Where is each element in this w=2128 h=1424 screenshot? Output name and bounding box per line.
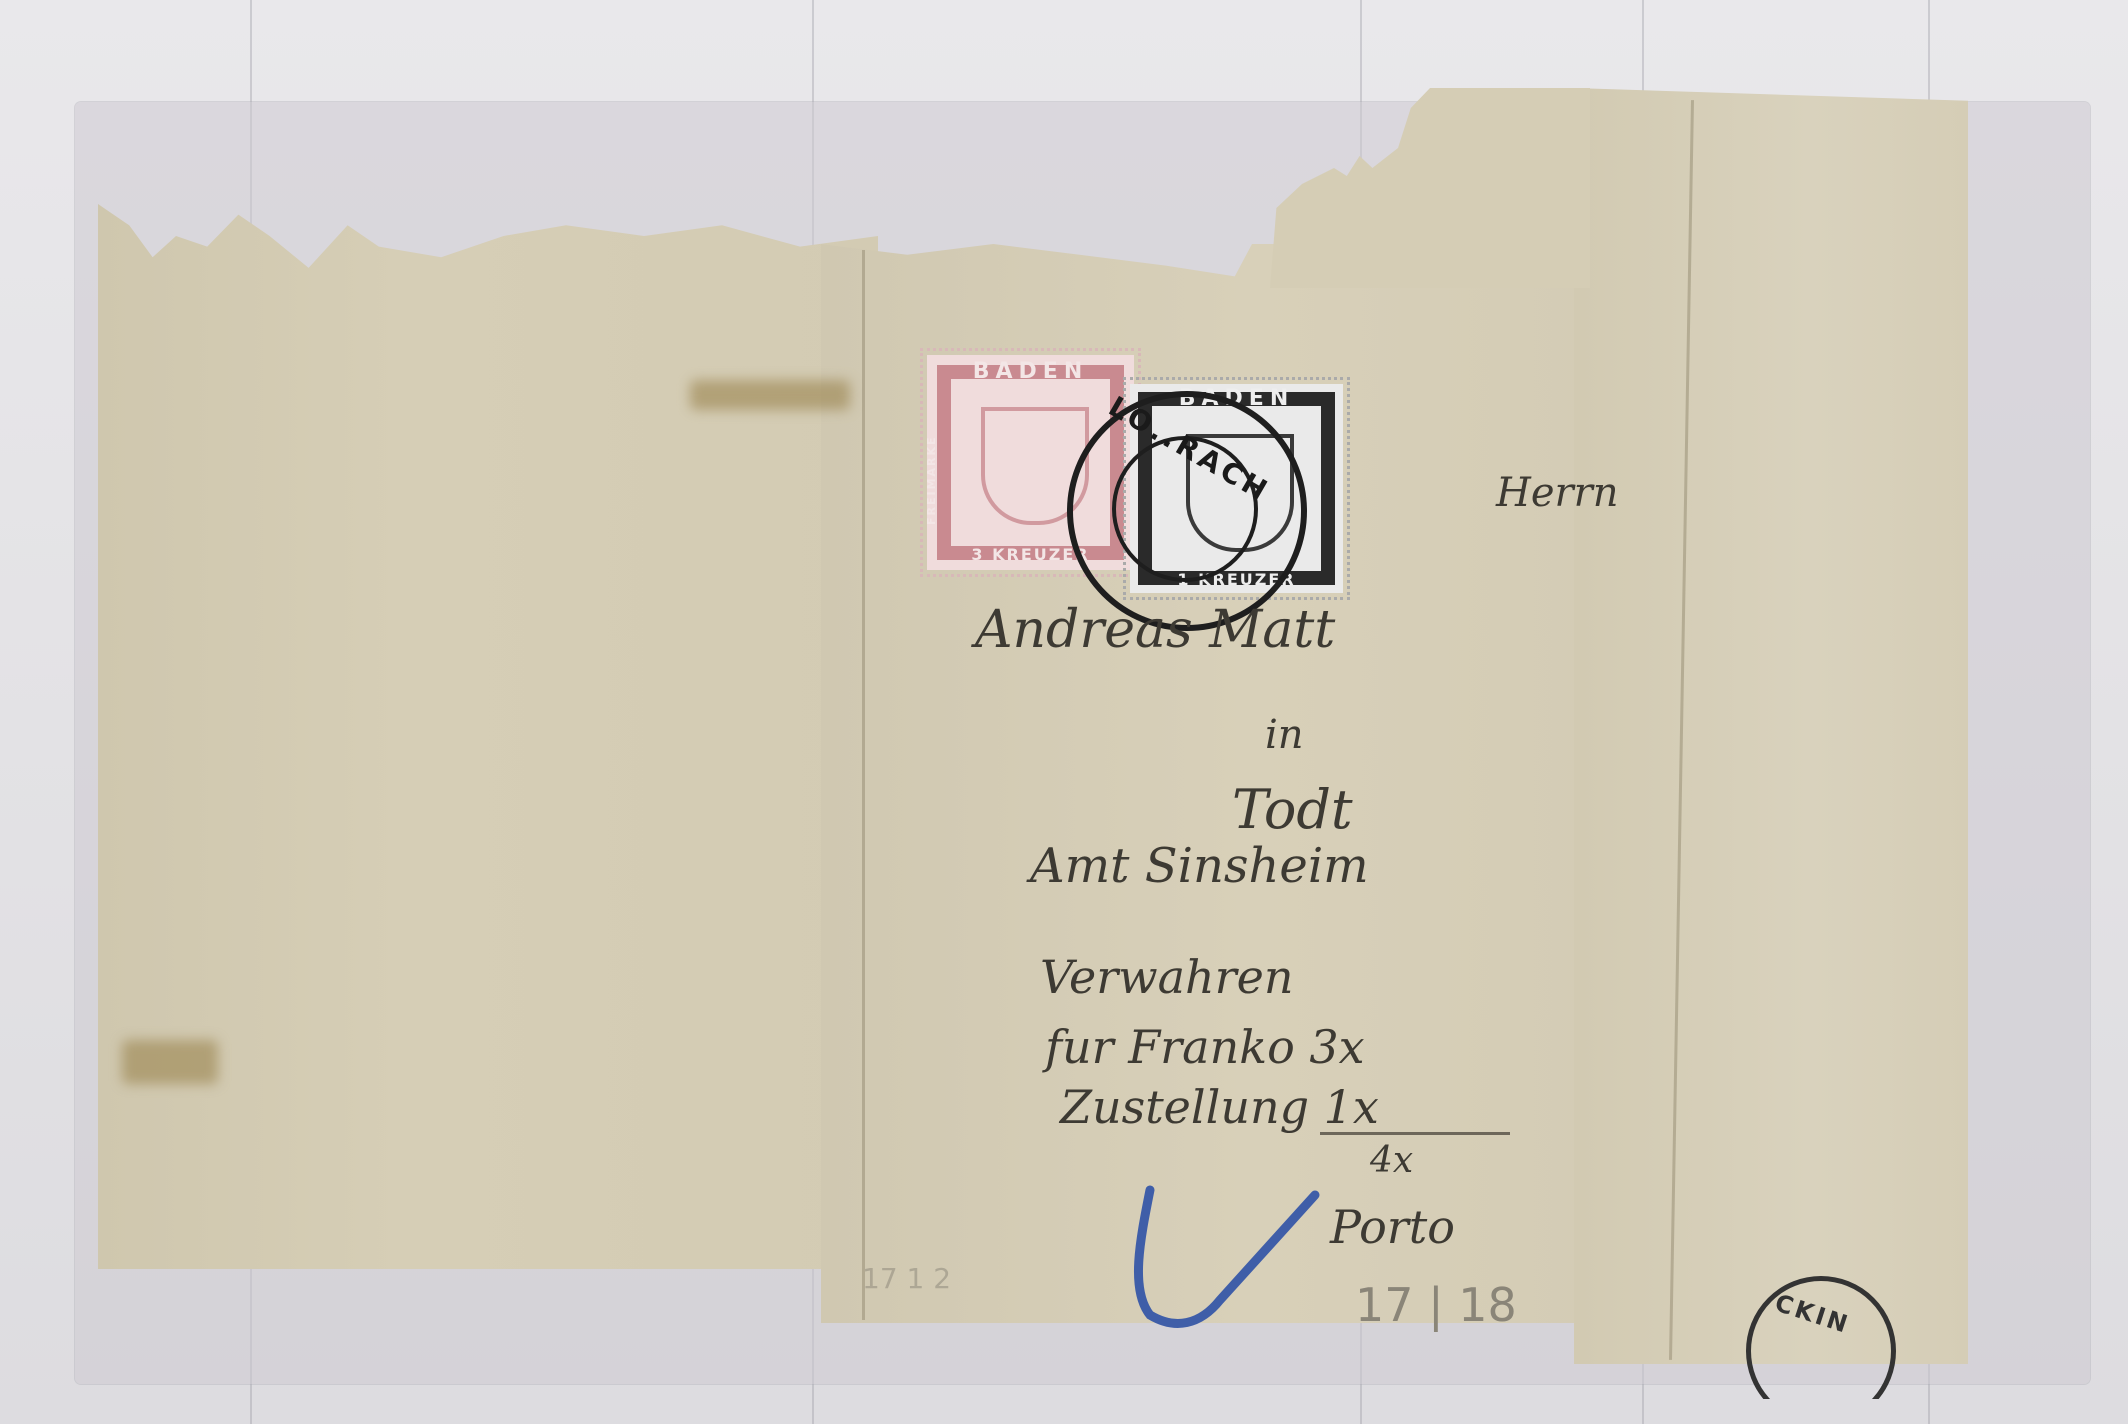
salutation: Herrn <box>1496 470 1619 516</box>
address-town: Todt <box>1232 778 1353 841</box>
note-line: Porto <box>1330 1200 1455 1254</box>
stain <box>122 1040 218 1084</box>
address-district: Amt Sinsheim <box>1030 838 1369 894</box>
stamp-side-text: FREIMARKE <box>925 435 938 525</box>
note-line: Verwahren <box>1040 950 1293 1004</box>
address-name: Andreas Matt <box>975 600 1335 660</box>
blue-crayon-mark-icon <box>1120 1180 1340 1330</box>
letter-right-flap <box>1574 88 1968 1364</box>
note-line: fur Franko 3x <box>1045 1020 1365 1074</box>
letter-left-flap <box>98 204 878 1269</box>
pencil-note-faint: 17 1 2 <box>862 1262 951 1295</box>
note-line: Zustellung 1x <box>1060 1080 1379 1134</box>
note-line: 4x <box>1370 1140 1413 1181</box>
stamp-top-text: BADEN <box>927 359 1134 384</box>
stain <box>690 380 850 410</box>
address-in: in <box>1265 712 1304 758</box>
fold-line <box>862 250 865 1320</box>
pencil-note: 17 | 18 <box>1355 1278 1517 1332</box>
underline <box>1320 1132 1510 1135</box>
